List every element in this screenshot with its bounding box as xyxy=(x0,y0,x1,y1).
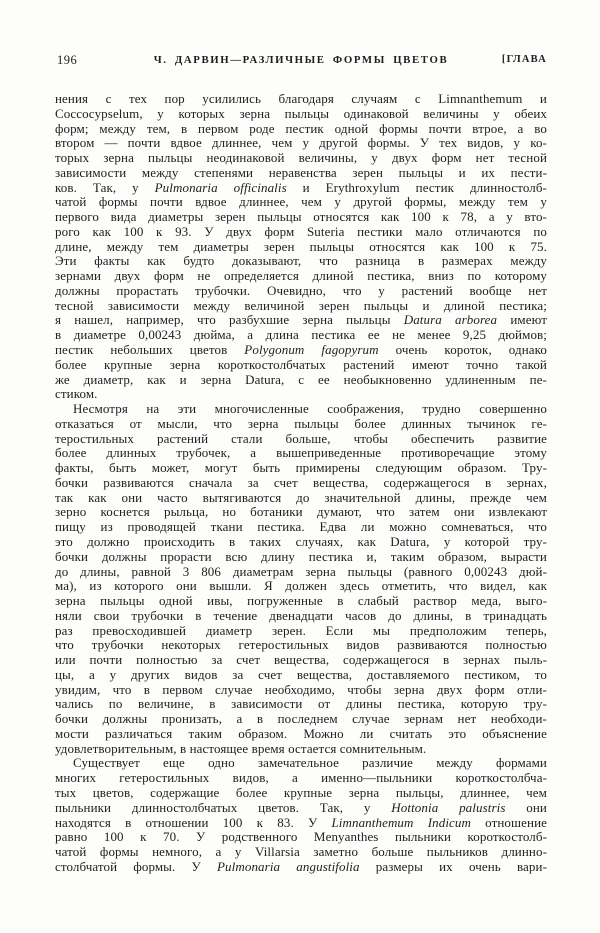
text-line: зерна пыльцы одной ивы, погруженные в сл… xyxy=(55,594,547,609)
text-line: цы, а у других видов за счет вещества, д… xyxy=(55,668,547,683)
text-line: находятся в отношении 100 к 83. У Limnan… xyxy=(55,816,547,831)
text-line: удовлетворительным, в настоящее время ос… xyxy=(55,742,547,757)
text-line: в диаметре 0,00243 дюйма, а длина пестик… xyxy=(55,328,547,343)
text-line: я нашел, например, что разбухшие зерна п… xyxy=(55,313,547,328)
text-line: до длины, равной 3 806 диаметрам зерна п… xyxy=(55,565,547,580)
text-line: увидим, что в первом случае необходимо, … xyxy=(55,683,547,698)
text-line: Существует еще одно замечательное различ… xyxy=(55,756,547,771)
text-line: что трубочки некоторых гетеростильных ви… xyxy=(55,638,547,653)
text-line: чатой формы немного, а у Villarsia замет… xyxy=(55,845,547,860)
text-line: бочки должны пронизать, а в последнем сл… xyxy=(55,712,547,727)
paragraph: нения с тех пор усилились благодаря случ… xyxy=(55,92,547,402)
text-line: Несмотря на эти многочисленные соображен… xyxy=(55,402,547,417)
text-line: факты, быть может, могут быть примирены … xyxy=(55,461,547,476)
text-line: пыльники длинностолбчатых цветов. Так, у… xyxy=(55,801,547,816)
scanned-book-page: 196 Ч. ДАРВИН—РАЗЛИЧНЫЕ ФОРМЫ ЦВЕТОВ [ГЛ… xyxy=(0,0,600,933)
text-line: зависимости между степенями неравенства … xyxy=(55,166,547,181)
text-line: рого как 100 к 93. У двух форм Suteria п… xyxy=(55,225,547,240)
text-line: Coccocypselum, у которых зерна пыльцы од… xyxy=(55,107,547,122)
running-title: Ч. ДАРВИН—РАЗЛИЧНЫЕ ФОРМЫ ЦВЕТОВ xyxy=(55,52,547,66)
text-line: столбчатой формы. У Pulmonaria angustifo… xyxy=(55,860,547,875)
text-line: бочки должны прорасти всю длину пестика … xyxy=(55,550,547,565)
body-text: нения с тех пор усилились благодаря случ… xyxy=(55,92,547,875)
text-line: чатой формы почти вдвое длиннее, чем у д… xyxy=(55,195,547,210)
text-line: зерно коснется рыльца, но ботаники думаю… xyxy=(55,505,547,520)
text-line: это должно происходить в таких случаях, … xyxy=(55,535,547,550)
text-line: более крупные зерна короткостолбчатых ра… xyxy=(55,358,547,373)
text-line: ма), из которого они вышли. Я должен зде… xyxy=(55,579,547,594)
text-line: должны прорастать трубочки. Очевидно, чт… xyxy=(55,284,547,299)
text-line: пестик небольших цветов Polygonum fagopy… xyxy=(55,343,547,358)
chapter-marker: [ГЛАВА xyxy=(502,54,547,65)
text-line: зернами двух форм не определяется длиной… xyxy=(55,269,547,284)
text-line: нения с тех пор усилились благодаря случ… xyxy=(55,92,547,107)
text-line: пищу из проводящей ткани пестика. Едва л… xyxy=(55,520,547,535)
text-line: же диаметр, как и зерна Datura, с ее нео… xyxy=(55,373,547,388)
paragraph: Существует еще одно замечательное различ… xyxy=(55,756,547,874)
text-line: тесной зависимости между величиной зерен… xyxy=(55,299,547,314)
text-line: длине, между тем диаметры зерен пыльцы о… xyxy=(55,240,547,255)
page-number: 196 xyxy=(57,53,77,68)
text-line: торых зерна пыльцы неодинаковой величины… xyxy=(55,151,547,166)
text-line: чались по величине, в зависимости от дли… xyxy=(55,697,547,712)
text-line: теростильных растений стали больше, чтоб… xyxy=(55,432,547,447)
text-line: равно 100 к 70. У родственного Menyanthe… xyxy=(55,830,547,845)
text-line: Эти факты как будто доказывают, что разн… xyxy=(55,254,547,269)
text-line: более длинных трубочек, а вышеприведенны… xyxy=(55,446,547,461)
paragraph: Несмотря на эти многочисленные соображен… xyxy=(55,402,547,756)
text-line: отказаться от мысли, что зерна пыльцы бо… xyxy=(55,417,547,432)
text-line: форм; между тем, в первом роде пестик од… xyxy=(55,122,547,137)
text-line: раз превосходившей диаметр зерен. Если м… xyxy=(55,624,547,639)
text-line: мости различаться таким образом. Можно л… xyxy=(55,727,547,742)
text-line: многих гетеростильных видов, а именно—пы… xyxy=(55,771,547,786)
text-line: бочки развиваются сначала за счет вещест… xyxy=(55,476,547,491)
text-line: втором — почти вдвое длиннее, чем у друг… xyxy=(55,136,547,151)
page-header: 196 Ч. ДАРВИН—РАЗЛИЧНЫЕ ФОРМЫ ЦВЕТОВ [ГЛ… xyxy=(55,52,547,70)
text-line: тых цветов, содержащие более крупные зер… xyxy=(55,786,547,801)
text-line: так как они часто вытягиваются до значит… xyxy=(55,491,547,506)
text-line: няли свои трубочки в течение двенадцати … xyxy=(55,609,547,624)
text-line: первого вида диаметры зерен пыльцы относ… xyxy=(55,210,547,225)
text-line: ков. Так, у Pulmonaria officinalis и Ery… xyxy=(55,181,547,196)
text-line: или почти полностью за счет вещества, со… xyxy=(55,653,547,668)
text-line: стиком. xyxy=(55,387,547,402)
